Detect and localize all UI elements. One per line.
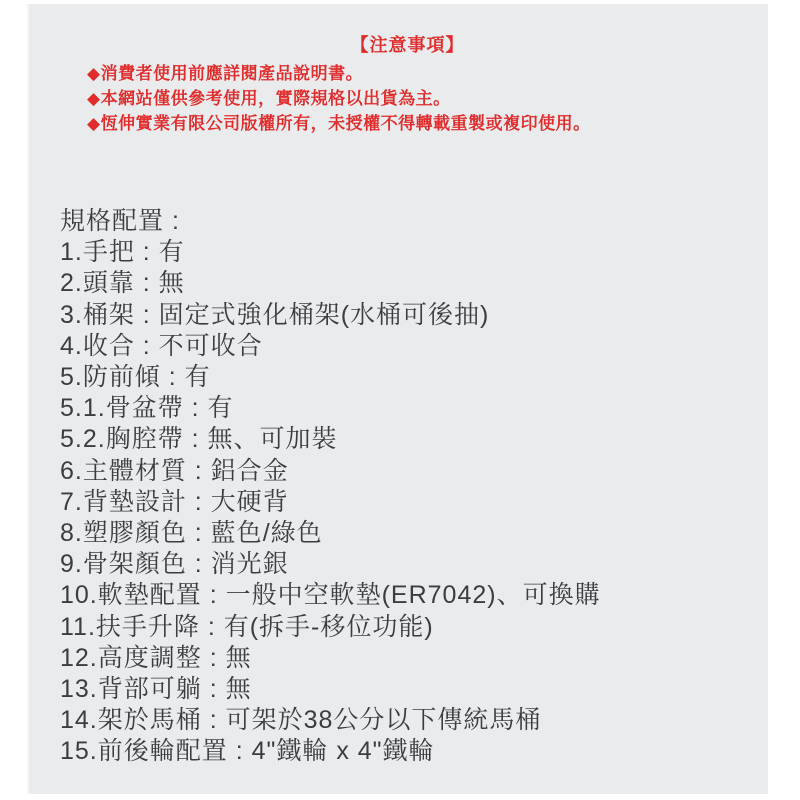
spec-row: 13.背部可躺 : 無: [60, 674, 760, 705]
product-description-page: 【注意事項】 ◆消費者使用前應詳閱產品說明書。◆本網站僅供參考使用，實際規格以出…: [0, 0, 800, 800]
spec-row: 6.主體材質 : 鋁合金: [60, 456, 760, 487]
spec-row: 5.2.胸腔帶 : 無、可加裝: [60, 424, 760, 455]
spec-row: 1.手把 : 有: [60, 237, 760, 268]
spec-row: 5.1.骨盆帶 : 有: [60, 393, 760, 424]
notice-item: ◆本網站僅供參考使用，實際規格以出貨為主。: [87, 86, 768, 111]
spec-row: 9.骨架顏色 : 消光銀: [60, 549, 760, 580]
spec-row: 8.塑膠顏色 : 藍色/綠色: [60, 518, 760, 549]
spec-row: 5.防前傾 : 有: [60, 362, 760, 393]
product-spec-panel: 【注意事項】 ◆消費者使用前應詳閱產品說明書。◆本網站僅供參考使用，實際規格以出…: [29, 4, 768, 794]
spec-row: 4.收合 : 不可收合: [60, 331, 760, 362]
spec-row: 3.桶架 : 固定式強化桶架(水桶可後抽): [60, 300, 760, 331]
notice-item: ◆消費者使用前應詳閱產品說明書。: [87, 61, 768, 86]
spec-row: 12.高度調整 : 無: [60, 643, 760, 674]
spec-list: 1.手把 : 有2.頭靠 : 無3.桶架 : 固定式強化桶架(水桶可後抽)4.收…: [60, 237, 760, 767]
spec-section: 規格配置 : 1.手把 : 有2.頭靠 : 無3.桶架 : 固定式強化桶架(水桶…: [60, 206, 760, 768]
spec-row: 15.前後輪配置 : 4"鐵輪 x 4"鐵輪: [60, 736, 760, 767]
notice-title: 【注意事項】: [29, 33, 768, 57]
notice-item: ◆恆伸實業有限公司版權所有，未授權不得轉載重製或複印使用。: [87, 111, 768, 136]
spec-row: 14.架於馬桶 : 可架於38公分以下傳統馬桶: [60, 705, 760, 736]
notice-section: 【注意事項】 ◆消費者使用前應詳閱產品說明書。◆本網站僅供參考使用，實際規格以出…: [29, 33, 768, 136]
notice-list: ◆消費者使用前應詳閱產品說明書。◆本網站僅供參考使用，實際規格以出貨為主。◆恆伸…: [29, 57, 768, 136]
spec-heading: 規格配置 :: [60, 206, 760, 237]
spec-row: 2.頭靠 : 無: [60, 268, 760, 299]
spec-row: 7.背墊設計 : 大硬背: [60, 487, 760, 518]
spec-row: 10.軟墊配置 : 一般中空軟墊(ER7042)、可換購: [60, 580, 760, 611]
spec-row: 11.扶手升降 : 有(拆手-移位功能): [60, 612, 760, 643]
